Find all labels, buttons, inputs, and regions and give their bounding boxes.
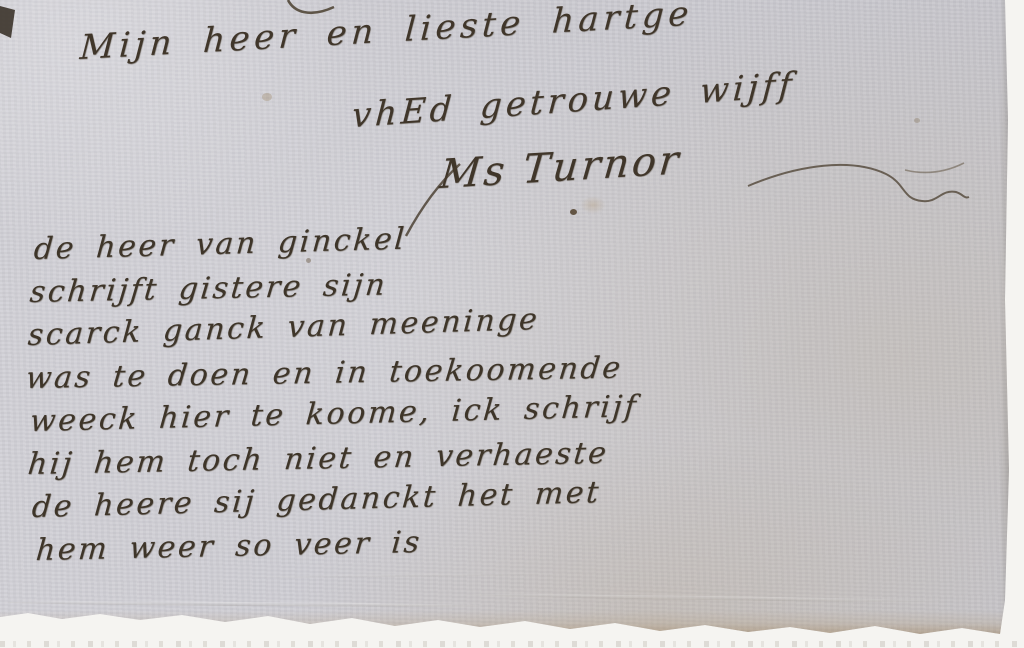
signature-flourish [748,165,969,201]
stain-spot [580,196,606,214]
paper-crease [4,600,484,607]
ink-blot-corner [0,6,15,38]
scanned-letter-page: Mijn heer en lieste hartge vhEd getrouwe… [0,0,1024,648]
ink-spot [570,209,577,215]
letter-body: de heer van ginckel schrijft gistere sij… [26,228,634,572]
cutoff-stroke-top [288,0,334,13]
salutation-line: Mijn heer en lieste hartge [79,0,695,68]
torn-bottom-edge [0,610,1012,640]
paper-crease [250,572,550,578]
ink-spot [306,258,311,263]
letter-paper: Mijn heer en lieste hartge vhEd getrouwe… [0,0,1024,648]
right-page-edge [1000,0,1014,648]
stain-spot [262,93,272,101]
stain-spot [914,118,920,123]
paper-crease [470,593,940,604]
signature-line: Ms Turnor [438,137,684,198]
closing-line: vhEd getrouwe wijff [351,65,797,136]
cutoff-text-remnant [0,641,1024,647]
closing-tail-stroke [905,163,964,172]
